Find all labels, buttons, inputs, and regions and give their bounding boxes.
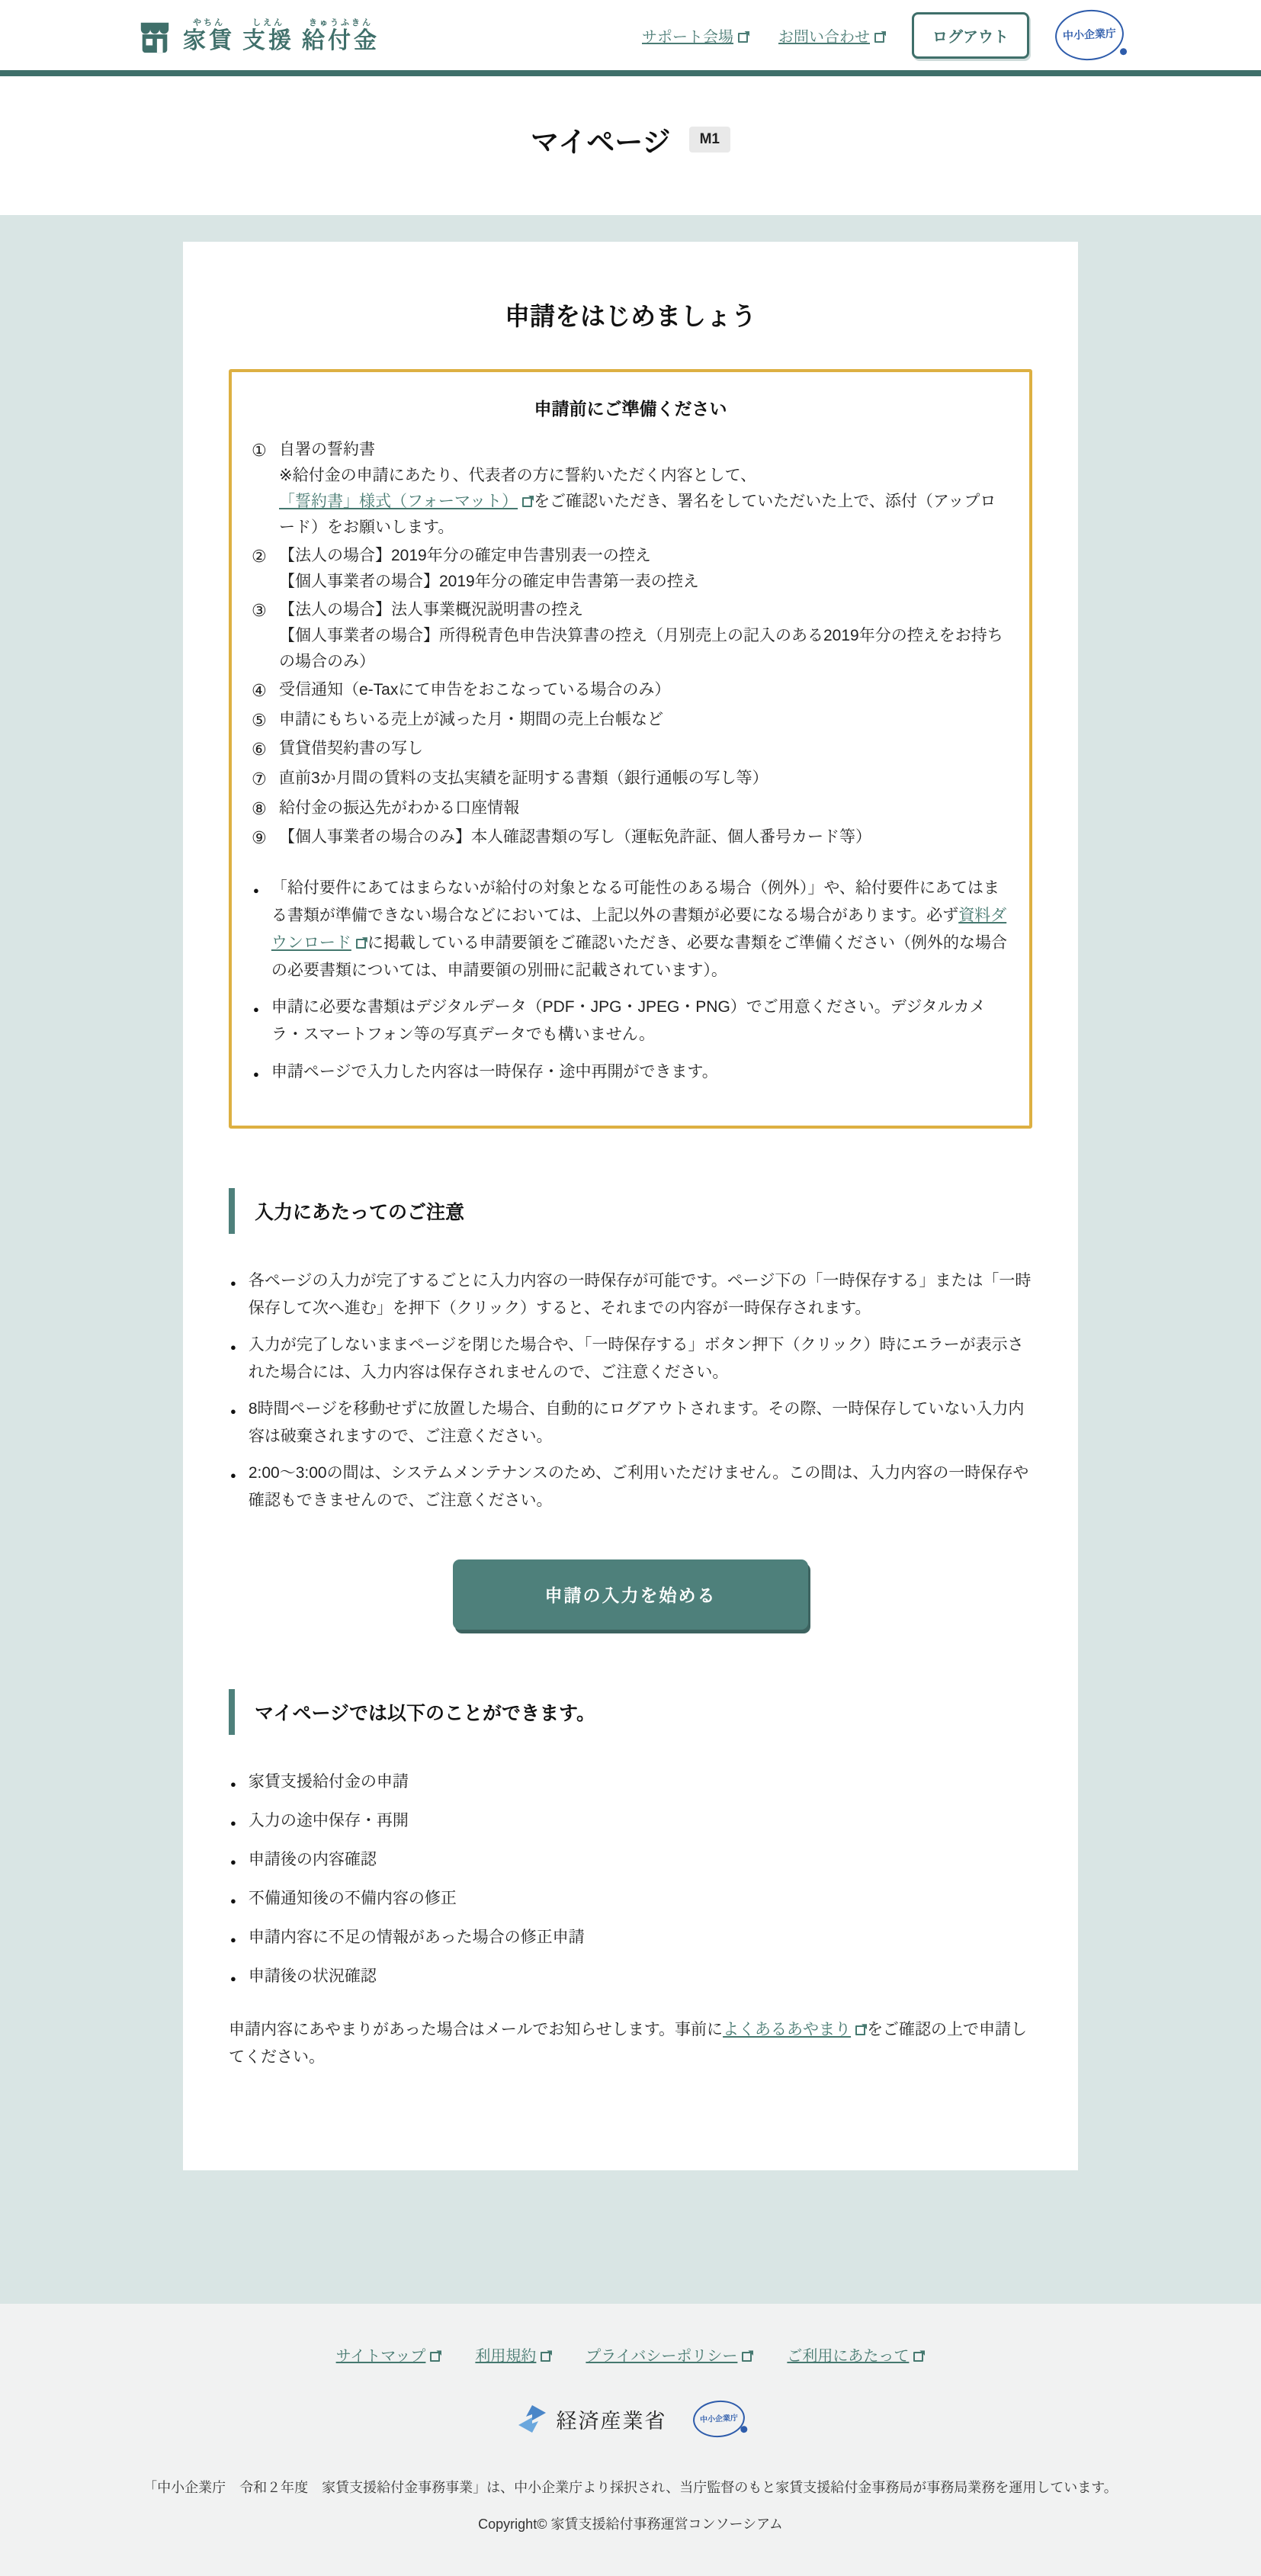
prepare-notes: 「給付要件にあてはまらないが給付の対象となる可能性のある場合（例外）」や、給付要… xyxy=(252,875,1009,1086)
item-text: 受信通知（e-Taxにて申告をおこなっている場合のみ） xyxy=(279,677,1009,705)
item-number: ⑧ xyxy=(252,795,279,823)
item-text: 【法人の場合】2019年分の確定申告書別表一の控え【個人事業者の場合】2019年… xyxy=(279,543,1009,595)
external-link-icon xyxy=(738,31,749,43)
prepare-items: ①自署の誓約書※給付金の申請にあたり、代表者の方に誓約いただく内容として、「誓約… xyxy=(252,437,1009,852)
notes-list: 各ページの入力が完了するごとに入力内容の一時保存が可能です。ページ下の「一時保存… xyxy=(229,1267,1032,1515)
logout-button[interactable]: ログアウト xyxy=(912,12,1029,59)
page-title-section: マイページ M1 xyxy=(0,76,1261,215)
prepare-item: ⑨【個人事業者の場合のみ】本人確認書類の写し（運転免許証、個人番号カード等） xyxy=(252,824,1009,852)
item-number: ② xyxy=(252,543,279,595)
meti-label: 経済産業省 xyxy=(557,2404,667,2434)
bullet-item: 2:00〜3:00の間は、システムメンテナンスのため、ご利用いただけません。この… xyxy=(229,1460,1032,1514)
page: やちん家賃しえん支援きゅうふきん給付金 サポート会場お問い合わせ ログアウト 中… xyxy=(0,0,1261,2576)
notes-heading-text: 入力にあたってのご注意 xyxy=(255,1197,464,1225)
inline-link[interactable]: 資料ダウンロード xyxy=(271,907,1006,952)
inline-link[interactable]: 「誓約書」様式（フォーマット） xyxy=(279,493,534,510)
page-code-badge: M1 xyxy=(689,127,730,153)
brand-word-kanji: 家賃 xyxy=(183,28,235,55)
prepare-item: ⑧給付金の振込先がわかる口座情報 xyxy=(252,795,1009,823)
inline-link[interactable]: よくあるあやまり xyxy=(723,2021,867,2038)
nav-links: サポート会場お問い合わせ xyxy=(642,24,886,47)
bullet-text: 「給付要件にあてはまらないが給付の対象となる可能性のある場合（例外）」や、給付要… xyxy=(271,875,1009,984)
site-footer: サイトマップ利用規約プライバシーポリシーご利用にあたって 経済産業省 中小企業庁… xyxy=(0,2304,1261,2576)
item-number: ⑤ xyxy=(252,707,279,734)
footer-logos: 経済産業省 中小企業庁 xyxy=(0,2401,1261,2437)
external-link-icon xyxy=(913,2350,925,2362)
bullet-item: 申請後の内容確認 xyxy=(229,1846,1032,1874)
prepare-item: ⑤申請にもちいる売上が減った月・期間の売上台帳など xyxy=(252,707,1009,734)
item-number: ⑨ xyxy=(252,824,279,852)
brand-logo[interactable]: やちん家賃しえん支援きゅうふきん給付金 xyxy=(137,16,380,55)
bullet-item: 「給付要件にあてはまらないが給付の対象となる可能性のある場合（例外）」や、給付要… xyxy=(252,875,1009,984)
prepare-item: ①自署の誓約書※給付金の申請にあたり、代表者の方に誓約いただく内容として、「誓約… xyxy=(252,437,1009,541)
brand-word: やちん家賃 xyxy=(183,16,235,55)
sme-agency-label: 中小企業庁 xyxy=(1063,27,1117,42)
item-number: ⑥ xyxy=(252,736,279,763)
item-number: ① xyxy=(252,437,279,541)
brand-title: やちん家賃しえん支援きゅうふきん給付金 xyxy=(183,16,380,55)
bullet-text: 各ページの入力が完了するごとに入力内容の一時保存が可能です。ページ下の「一時保存… xyxy=(249,1267,1032,1322)
bullet-item: 入力が完了しないままページを閉じた場合や、「一時保存する」ボタン押下（クリック）… xyxy=(229,1331,1032,1386)
bullet-text: 申請後の内容確認 xyxy=(249,1846,1032,1874)
bullet-text: 不備通知後の不備内容の修正 xyxy=(249,1885,1032,1913)
brand-word-kanji: 支援 xyxy=(242,28,294,55)
features-heading-text: マイページでは以下のことができます。 xyxy=(255,1698,595,1726)
meti-logo: 経済産業省 xyxy=(517,2404,667,2434)
item-number: ③ xyxy=(252,597,279,675)
external-link-icon xyxy=(430,2350,441,2362)
start-application-button[interactable]: 申請の入力を始める xyxy=(453,1559,808,1630)
bullet-text: 申請ページで入力した内容は一時保存・途中再開ができます。 xyxy=(271,1058,1009,1086)
storefront-icon xyxy=(137,19,172,54)
bullet-item: 不備通知後の不備内容の修正 xyxy=(229,1885,1032,1913)
brand-word: きゅうふきん給付金 xyxy=(302,16,380,55)
bullet-text: 申請内容に不足の情報があった場合の修正申請 xyxy=(249,1924,1032,1951)
bullet-text: 2:00〜3:00の間は、システムメンテナンスのため、ご利用いただけません。この… xyxy=(249,1460,1032,1514)
header-nav: サポート会場お問い合わせ ログアウト 中小企業庁 xyxy=(642,10,1124,60)
footer-link[interactable]: 利用規約 xyxy=(475,2343,552,2366)
item-text: 【個人事業者の場合のみ】本人確認書類の写し（運転免許証、個人番号カード等） xyxy=(279,824,1009,852)
site-header: やちん家賃しえん支援きゅうふきん給付金 サポート会場お問い合わせ ログアウト 中… xyxy=(0,0,1261,76)
item-text: 直前3か月間の賃料の支払実績を証明する書類（銀行通帳の写し等） xyxy=(279,766,1009,793)
prepare-item: ⑦直前3か月間の賃料の支払実績を証明する書類（銀行通帳の写し等） xyxy=(252,766,1009,793)
features-list: 家賃支援給付金の申請入力の途中保存・再開申請後の内容確認不備通知後の不備内容の修… xyxy=(229,1768,1032,1991)
external-link-icon xyxy=(874,31,886,43)
bullet-text: 8時間ページを移動せずに放置した場合、自動的にログアウトされます。その際、一時保… xyxy=(249,1396,1032,1450)
prepare-box-title: 申請前にご準備ください xyxy=(252,395,1009,420)
page-title: マイページ xyxy=(531,119,671,160)
prepare-item: ⑥賃貸借契約書の写し xyxy=(252,736,1009,763)
sme-agency-label-footer: 中小企業庁 xyxy=(699,2414,738,2425)
footer-notice: 「中小企業庁 令和２年度 家賃支援給付金事務事業」は、中小企業庁より採択され、当… xyxy=(0,2477,1261,2497)
nav-link[interactable]: お問い合わせ xyxy=(778,24,886,47)
brand-word-furigana: やちん xyxy=(193,16,225,28)
item-number: ⑦ xyxy=(252,766,279,793)
bullet-text: 申請に必要な書類はデジタルデータ（PDF・JPG・JPEG・PNG）でご用意くだ… xyxy=(271,994,1009,1049)
prepare-item: ④受信通知（e-Taxにて申告をおこなっている場合のみ） xyxy=(252,677,1009,705)
item-text: 給付金の振込先がわかる口座情報 xyxy=(279,795,1009,823)
bullet-item: 入力の途中保存・再開 xyxy=(229,1807,1032,1835)
bullet-item: 家賃支援給付金の申請 xyxy=(229,1768,1032,1796)
prepare-box: 申請前にご準備ください ①自署の誓約書※給付金の申請にあたり、代表者の方に誓約い… xyxy=(229,369,1032,1129)
footer-copyright: Copyright© 家賃支援給付事務運営コンソーシアム xyxy=(0,2513,1261,2533)
bullet-text: 入力の途中保存・再開 xyxy=(249,1807,1032,1835)
bullet-item: 8時間ページを移動せずに放置した場合、自動的にログアウトされます。その際、一時保… xyxy=(229,1396,1032,1450)
item-text: 自署の誓約書※給付金の申請にあたり、代表者の方に誓約いただく内容として、「誓約書… xyxy=(279,437,1009,541)
footer-link[interactable]: サイトマップ xyxy=(336,2343,442,2366)
item-text: 申請にもちいる売上が減った月・期間の売上台帳など xyxy=(279,707,1009,734)
main-card: 申請をはじめましょう 申請前にご準備ください ①自署の誓約書※給付金の申請にあた… xyxy=(183,242,1078,2170)
item-text: 【法人の場合】法人事業概況説明書の控え【個人事業者の場合】所得税青色申告決算書の… xyxy=(279,597,1009,675)
bullet-text: 申請後の状況確認 xyxy=(249,1963,1032,1990)
brand-word-kanji: 給付金 xyxy=(302,28,380,55)
prepare-item: ③【法人の場合】法人事業概況説明書の控え【個人事業者の場合】所得税青色申告決算書… xyxy=(252,597,1009,675)
external-link-icon xyxy=(742,2350,753,2362)
features-heading: マイページでは以下のことができます。 xyxy=(229,1689,1032,1735)
footer-link[interactable]: プライバシーポリシー xyxy=(586,2343,753,2366)
card-heading: 申請をはじめましょう xyxy=(229,297,1032,332)
bullet-text: 入力が完了しないままページを閉じた場合や、「一時保存する」ボタン押下（クリック）… xyxy=(249,1331,1032,1386)
item-number: ④ xyxy=(252,677,279,705)
bullet-item: 各ページの入力が完了するごとに入力内容の一時保存が可能です。ページ下の「一時保存… xyxy=(229,1267,1032,1322)
item-text: 賃貸借契約書の写し xyxy=(279,736,1009,763)
external-link-icon xyxy=(541,2350,552,2362)
nav-link[interactable]: サポート会場 xyxy=(642,24,749,47)
bullet-text: 家賃支援給付金の申請 xyxy=(249,1768,1032,1796)
closing-note: 申請内容にあやまりがあった場合はメールでお知らせします。事前によくあるあやまりを… xyxy=(229,2016,1032,2071)
sme-agency-badge-footer: 中小企業庁 xyxy=(691,2399,746,2440)
brand-word: しえん支援 xyxy=(242,16,294,55)
prepare-item: ②【法人の場合】2019年分の確定申告書別表一の控え【個人事業者の場合】2019… xyxy=(252,543,1009,595)
external-link-icon xyxy=(356,937,367,949)
bullet-item: 申請内容に不足の情報があった場合の修正申請 xyxy=(229,1924,1032,1951)
notes-heading: 入力にあたってのご注意 xyxy=(229,1188,1032,1234)
bullet-item: 申請ページで入力した内容は一時保存・途中再開ができます。 xyxy=(252,1058,1009,1086)
bullet-item: 申請後の状況確認 xyxy=(229,1963,1032,1990)
footer-links: サイトマップ利用規約プライバシーポリシーご利用にあたって xyxy=(0,2343,1261,2366)
content-band: 申請をはじめましょう 申請前にご準備ください ①自署の誓約書※給付金の申請にあた… xyxy=(0,215,1261,2304)
brand-word-furigana: きゅうふきん xyxy=(309,16,373,28)
external-link-icon xyxy=(855,2024,867,2035)
footer-link[interactable]: ご利用にあたって xyxy=(787,2343,925,2366)
brand-word-furigana: しえん xyxy=(252,16,284,28)
sme-agency-badge: 中小企業庁 xyxy=(1053,7,1125,63)
bullet-item: 申請に必要な書類はデジタルデータ（PDF・JPG・JPEG・PNG）でご用意くだ… xyxy=(252,994,1009,1049)
meti-mark-icon xyxy=(517,2404,547,2434)
external-link-icon xyxy=(522,496,534,507)
